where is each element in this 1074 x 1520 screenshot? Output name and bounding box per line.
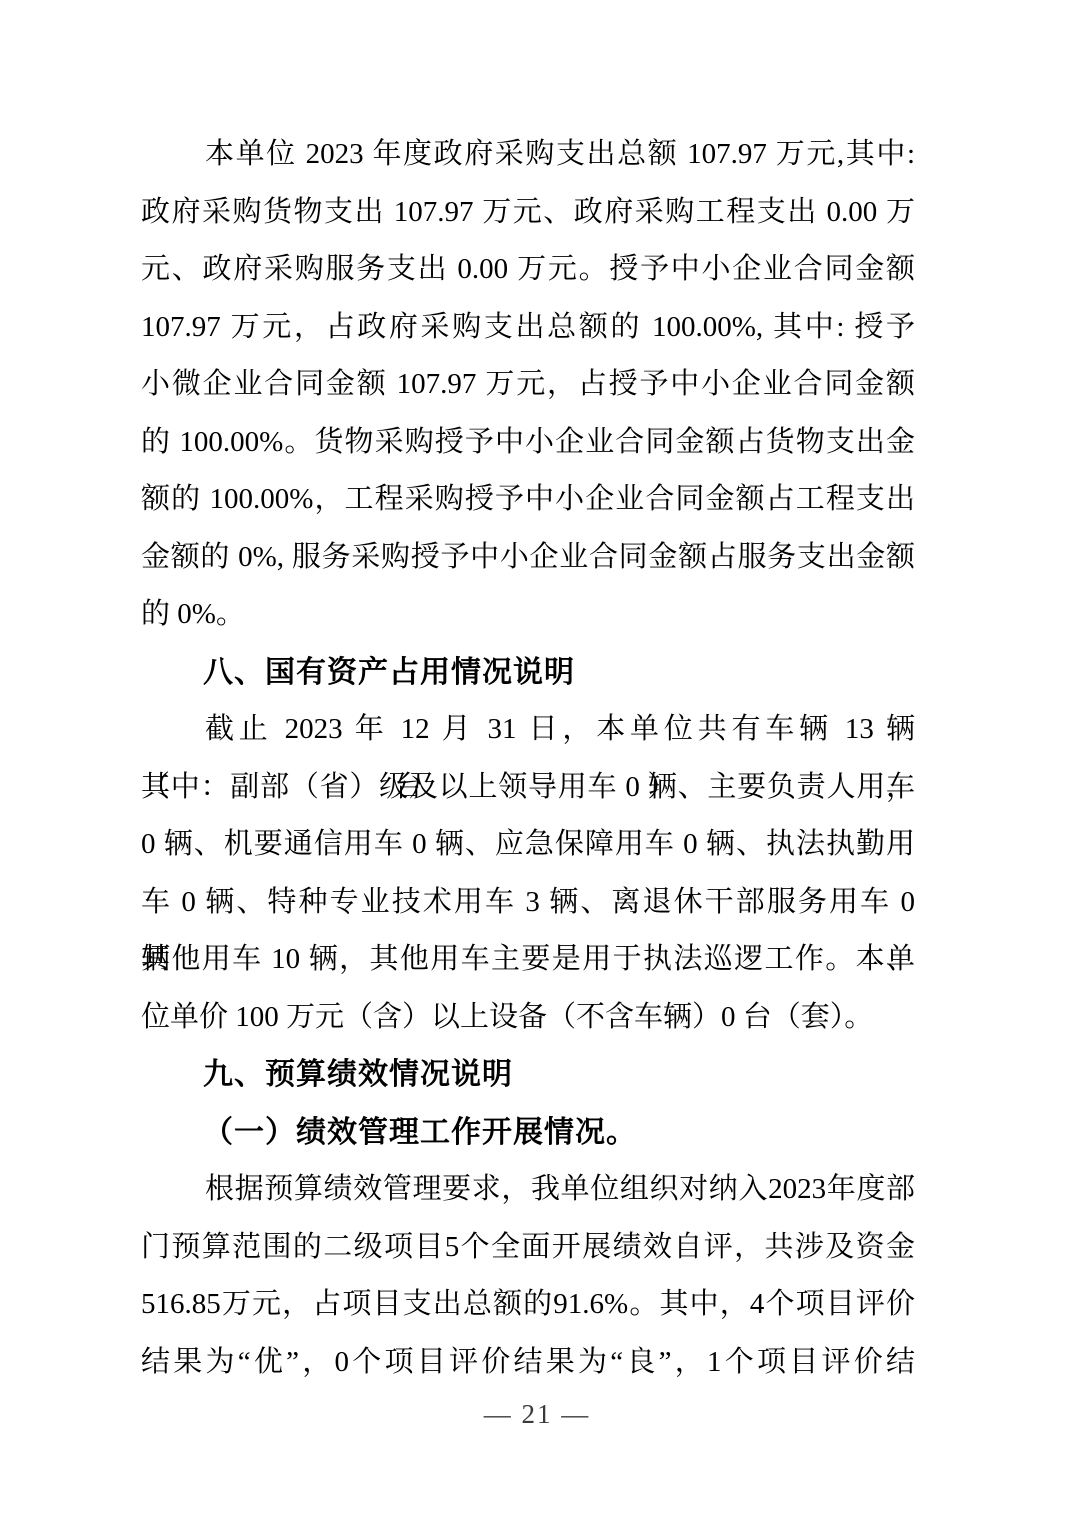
subsection-heading-performance-management: （一）绩效管理工作开展情况。 [141,1104,915,1162]
paragraph-line: 结果为“优”，0个项目评价结果为“良”，1个项目评价结 [141,1334,915,1392]
paragraph-line: 本单位 2023 年度政府采购支出总额 107.97 万元,其中: [141,126,915,184]
paragraph-line: 位单价 100 万元（含）以上设备（不含车辆）0 台（套）。 [141,989,915,1047]
paragraph-line: 门预算范围的二级项目5个全面开展绩效自评，共涉及资金 [141,1219,915,1277]
paragraph-line: 政府采购货物支出 107.97 万元、政府采购工程支出 0.00 万 [141,184,915,242]
paragraph-line: 0 辆、机要通信用车 0 辆、应急保障用车 0 辆、执法执勤用 [141,816,915,874]
section-heading-state-assets: 八、国有资产占用情况说明 [141,644,915,702]
paragraph-line: 107.97 万元，占政府采购支出总额的 100.00%, 其中: 授予 [141,299,915,357]
paragraph-line: 截止 2023 年 12 月 31 日，本单位共有车辆 13 辆（台）， [141,701,915,759]
paragraph-line: 元、政府采购服务支出 0.00 万元。授予中小企业合同金额 [141,241,915,299]
paragraph-line: 其他用车 10 辆，其他用车主要是用于执法巡逻工作。本单 [141,931,915,989]
page-number-footer: — 21 — [0,1399,1074,1430]
paragraph-line: 小微企业合同金额 107.97 万元，占授予中小企业合同金额 [141,356,915,414]
document-page: 本单位 2023 年度政府采购支出总额 107.97 万元,其中: 政府采购货物… [0,0,1074,1520]
paragraph-line: 其中：副部（省）级及以上领导用车 0 辆、主要负责人用车 [141,759,915,817]
paragraph-line: 金额的 0%, 服务采购授予中小企业合同金额占服务支出金额 [141,529,915,587]
document-body: 本单位 2023 年度政府采购支出总额 107.97 万元,其中: 政府采购货物… [141,126,915,1391]
paragraph-line: 516.85万元，占项目支出总额的91.6%。其中，4个项目评价 [141,1276,915,1334]
paragraph-line: 的 0%。 [141,586,915,644]
section-heading-budget-performance: 九、预算绩效情况说明 [141,1046,915,1104]
paragraph-line: 的 100.00%。货物采购授予中小企业合同金额占货物支出金 [141,414,915,472]
paragraph-line: 根据预算绩效管理要求，我单位组织对纳入2023年度部 [141,1161,915,1219]
paragraph-line: 额的 100.00%，工程采购授予中小企业合同金额占工程支出 [141,471,915,529]
paragraph-line: 车 0 辆、特种专业技术用车 3 辆、离退休干部服务用车 0 辆、 [141,874,915,932]
